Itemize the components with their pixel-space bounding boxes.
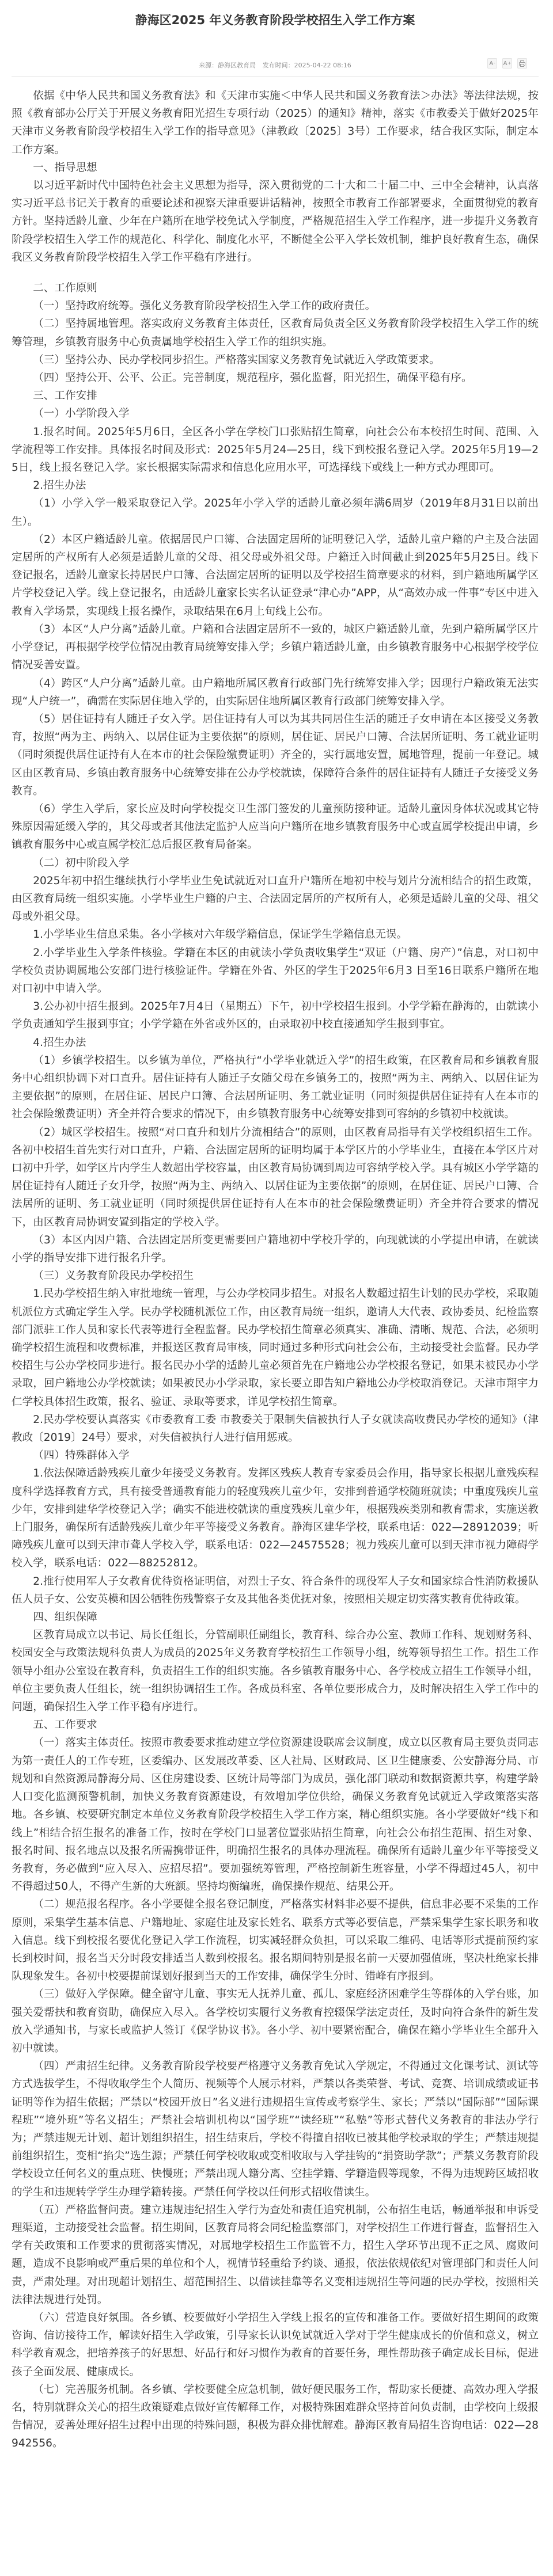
article-paragraph: 2.推行使用军人子女教育优待资格证明信，对烈士子女、符合条件的现役军人子女和国家… bbox=[12, 1573, 539, 1608]
article-paragraph: 一、指导思想 bbox=[12, 159, 539, 177]
article-paragraph: （3）本区“人户分离”适龄儿童。户籍和合法固定居所不一致的，城区户籍适龄儿童，先… bbox=[12, 621, 539, 675]
article-page: 静海区2025 年义务教育阶段学校招生入学工作方案 来源：静海区教育局 发布时间… bbox=[0, 0, 553, 2453]
printer-icon bbox=[519, 60, 525, 67]
font-decrease-button[interactable]: A- bbox=[487, 58, 497, 69]
article-paragraph: 1.小学毕业生信息采集。各小学核对六年级学籍信息，保证学生学籍信息无误。 bbox=[12, 926, 539, 943]
article-paragraph: （一）小学阶段入学 bbox=[12, 405, 539, 423]
article-paragraph: 二、工作原则 bbox=[12, 279, 539, 297]
article-publish-time: 发布时间：2025-04-22 08:16 bbox=[263, 62, 351, 69]
article-paragraph: 1.依法保障适龄残疾儿童少年接受义务教育。发挥区残疾人教育专家委员会作用，指导家… bbox=[12, 1464, 539, 1572]
article-paragraph: 依据《中华人民共和国义务教育法》和《天津市实施＜中华人民共和国义务教育法＞办法》… bbox=[12, 87, 539, 159]
article-paragraph: （二）初中阶段入学 bbox=[12, 854, 539, 872]
article-paragraph: （四）严肃招生纪律。义务教育阶段学校要严格遵守义务教育免试入学规定，不得通过文化… bbox=[12, 2057, 539, 2201]
article-paragraph: （4）跨区“人户分离”适龄儿童。由户籍地所属区教育行政部门先行统筹安排入学；因现… bbox=[12, 675, 539, 710]
article-meta: 来源：静海区教育局 发布时间：2025-04-22 08:16 bbox=[12, 61, 539, 70]
article-paragraph: （四）坚持公开、公平、公正。完善制度，规范程序，强化监督，阳光招生，确保平稳有序… bbox=[12, 369, 539, 387]
font-increase-button[interactable]: A+ bbox=[502, 58, 512, 69]
article-paragraph: 三、工作安排 bbox=[12, 387, 539, 405]
article-paragraph: （三）做好入学保障。健全留守儿童、事实无人抚养儿童、孤儿、家庭经济困难学生等群体… bbox=[12, 1985, 539, 2057]
article-paragraph: （七）完善服务机制。各乡镇、学校要健全应急机制，做好便民服务工作，帮助家长便捷、… bbox=[12, 2381, 539, 2453]
article-paragraph: （一）坚持政府统筹。强化义务教育阶段学校招生入学工作的政府责任。 bbox=[12, 297, 539, 315]
article-paragraph: （一）落实主体责任。按照市教委要求推动建立学位资源建设联席会议制度，成立以区教育… bbox=[12, 1734, 539, 1896]
font-increase-icon: A bbox=[503, 60, 507, 67]
article-paragraph: （3）本区内因户籍、合法固定居所变更需要回户籍地初中学校升学的，向现就读的小学提… bbox=[12, 1231, 539, 1267]
article-paragraph: （6）学生入学后，家长应及时向学校提交卫生部门签发的儿童预防接种证。适龄儿童因身… bbox=[12, 800, 539, 854]
minus-glyph: - bbox=[494, 61, 495, 66]
article-tools: A- A+ bbox=[487, 58, 527, 69]
article-body: 依据《中华人民共和国义务教育法》和《天津市实施＜中华人民共和国义务教育法＞办法》… bbox=[12, 77, 539, 2453]
article-paragraph: 以习近平新时代中国特色社会主义思想为指导，深入贯彻党的二十大和二十届二中、三中全… bbox=[12, 177, 539, 267]
article-paragraph: （1）小学入学一般采取登记入学。2025年小学入学的适龄儿童必须年满6周岁（20… bbox=[12, 494, 539, 530]
article-paragraph: 区教育局成立以书记、局长任组长，分管副职任副组长，教育科、综合办公室、教师工作科… bbox=[12, 1626, 539, 1716]
article-paragraph: （三）义务教育阶段民办学校招生 bbox=[12, 1267, 539, 1285]
article-paragraph: （二）坚持属地管理。落实政府义务教育主体责任，区教育局负责全区义务教育阶段学校招… bbox=[12, 315, 539, 351]
article-paragraph: 五、工作要求 bbox=[12, 1716, 539, 1734]
article-paragraph: 1.民办学校招生纳入审批地统一管理，与公办学校同步招生。对报名人数超过招生计划的… bbox=[12, 1285, 539, 1410]
article-paragraph: （三）坚持公办、民办学校同步招生。严格落实国家义务教育免试就近入学政策要求。 bbox=[12, 351, 539, 369]
article-paragraph: （六）营造良好氛围。各乡镇、校要做好小学招生入学线上报名的宣传和准备工作。要做好… bbox=[12, 2309, 539, 2381]
plus-glyph: + bbox=[507, 61, 511, 66]
article-paragraph: 4.招生办法 bbox=[12, 1034, 539, 1052]
print-button[interactable] bbox=[517, 58, 527, 69]
article-title: 静海区2025 年义务教育阶段学校招生入学工作方案 bbox=[12, 0, 539, 29]
article-paragraph: （2）城区学校招生。按照“对口直升和划片分流相结合”的原则，由区教育局指导有关学… bbox=[12, 1124, 539, 1231]
article-paragraph: 1.报名时间。2025年5月6日，全区各小学在学校门口张贴招生简章，向社会公布本… bbox=[12, 423, 539, 477]
article-paragraph: （1）乡镇学校招生。以乡镇为单位，严格执行“小学毕业就近入学”的招生政策，在区教… bbox=[12, 1052, 539, 1124]
article-paragraph: （2）本区户籍适龄儿童。依据居民户口簿、合法固定居所的证明登记入学，适龄儿童户籍… bbox=[12, 531, 539, 621]
article-paragraph: 四、组织保障 bbox=[12, 1608, 539, 1626]
article-paragraph: 2.小学毕业生入学条件核验。学籍在本区的由就读小学负责收集学生“双证（户籍、房产… bbox=[12, 944, 539, 998]
font-decrease-icon: A bbox=[489, 60, 493, 67]
article-paragraph: （5）居住证持有人随迁子女入学。居住证持有人可以为其共同居住生活的随迁子女申请在… bbox=[12, 710, 539, 800]
article-paragraph: （二）规范报名程序。各小学要健全报名登记制度，严格落实材料非必要不提供，信息非必… bbox=[12, 1896, 539, 1985]
article-paragraph: 2.民办学校要认真落实《市委教育工委 市教委关于限制失信被执行人子女就读高收费民… bbox=[12, 1411, 539, 1447]
article-source: 来源：静海区教育局 bbox=[199, 62, 256, 69]
article-paragraph: 3.公办初中招生报到。2025年7月4日（星期五）下午，初中学校招生报到。小学学… bbox=[12, 998, 539, 1033]
article-paragraph: （五）严格监督问责。建立违规违纪招生入学行为查处和责任追究机制，公布招生电话，畅… bbox=[12, 2201, 539, 2309]
article-paragraph: （四）特殊群体入学 bbox=[12, 1447, 539, 1464]
article-paragraph: 2025年初中招生继续执行小学毕业生免试就近对口直升户籍所在地初中校与划片分流相… bbox=[12, 872, 539, 926]
article-paragraph: 2.招生办法 bbox=[12, 477, 539, 494]
article-meta-bar: 来源：静海区教育局 发布时间：2025-04-22 08:16 A- A+ bbox=[12, 59, 539, 77]
